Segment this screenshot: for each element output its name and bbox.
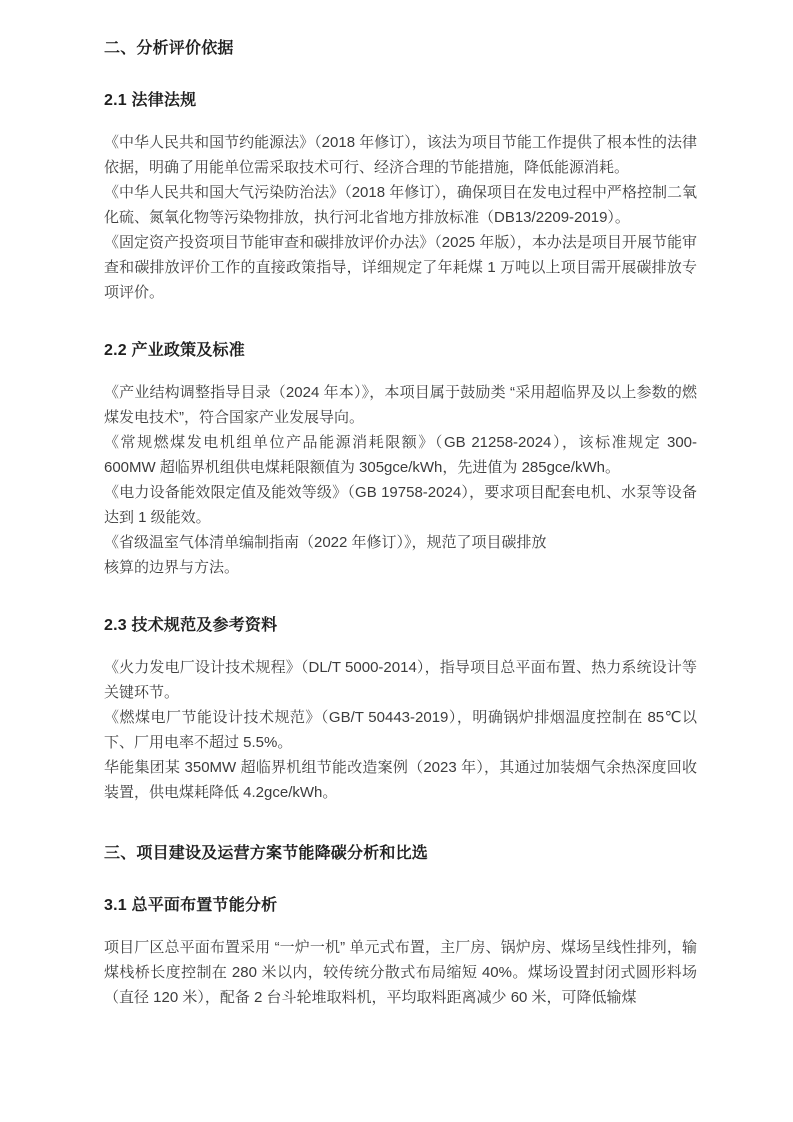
document-page: 二、分析评价依据2.1 法律法规《中华人民共和国节约能源法》（2018 年修订）… bbox=[0, 0, 793, 1122]
body-paragraph: 《火力发电厂设计技术规程》（DL/T 5000-2014），指导项目总平面布置、… bbox=[104, 655, 697, 705]
body-paragraph: 《产业结构调整指导目录（2024 年本）》，本项目属于鼓励类 “采用超临界及以上… bbox=[104, 380, 697, 430]
body-paragraph: 《中华人民共和国节约能源法》（2018 年修订），该法为项目节能工作提供了根本性… bbox=[104, 130, 697, 180]
body-paragraph: 项目厂区总平面布置采用 “一炉一机” 单元式布置，主厂房、锅炉房、煤场呈线性排列… bbox=[104, 935, 697, 1010]
body-paragraph: 《燃煤电厂节能设计技术规范》（GB/T 50443-2019），明确锅炉排烟温度… bbox=[104, 705, 697, 755]
body-paragraph: 《省级温室气体清单编制指南（2022 年修订）》，规范了项目碳排放 核算的边界与… bbox=[104, 530, 697, 580]
body-paragraph: 《电力设备能效限定值及能效等级》（GB 19758-2024），要求项目配套电机… bbox=[104, 480, 697, 530]
body-paragraph: 《固定资产投资项目节能审查和碳排放评价办法》（2025 年版），本办法是项目开展… bbox=[104, 230, 697, 305]
body-paragraph: 《中华人民共和国大气污染防治法》（2018 年修订），确保项目在发电过程中严格控… bbox=[104, 180, 697, 230]
subsection-heading: 3.1 总平面布置节能分析 bbox=[104, 895, 697, 917]
subsection-heading: 2.2 产业政策及标准 bbox=[104, 340, 697, 362]
section-heading: 三、项目建设及运营方案节能降碳分析和比选 bbox=[104, 843, 697, 865]
subsection-heading: 2.3 技术规范及参考资料 bbox=[104, 615, 697, 637]
body-paragraph: 《常规燃煤发电机组单位产品能源消耗限额》（GB 21258-2024），该标准规… bbox=[104, 430, 697, 480]
body-paragraph: 华能集团某 350MW 超临界机组节能改造案例（2023 年），其通过加装烟气余… bbox=[104, 755, 697, 805]
subsection-heading: 2.1 法律法规 bbox=[104, 90, 697, 112]
section-heading: 二、分析评价依据 bbox=[104, 38, 697, 60]
